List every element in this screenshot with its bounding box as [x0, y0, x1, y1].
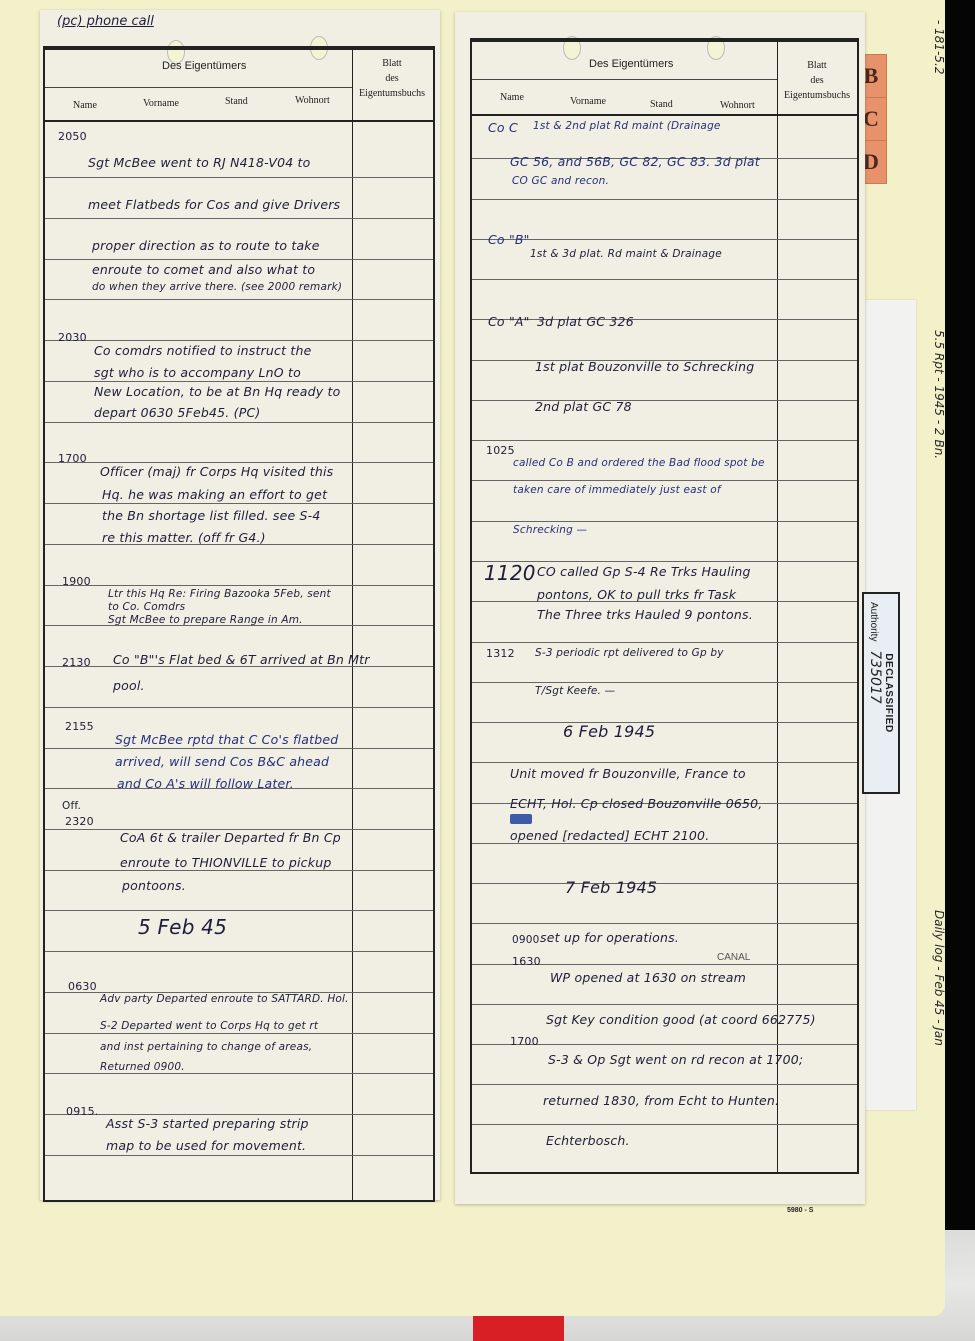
entry-line: Sgt McBee went to RJ N418-V04 to: [88, 155, 311, 170]
entry-time: 1700: [58, 452, 87, 465]
entry-time: 2155: [65, 720, 94, 733]
entry-line: WP opened at 1630 on stream: [550, 970, 746, 985]
entry-line: pontons, OK to pull trks fr Task: [537, 587, 736, 602]
declassified-stamp: DECLASSIFIED Authority 735017: [862, 592, 900, 794]
entry-line: Hq. he was making an effort to get: [102, 487, 327, 502]
col-stand: Stand: [225, 96, 248, 107]
entry-line: CO GC and recon.: [512, 175, 609, 187]
red-folder-tab: [473, 1313, 564, 1341]
entry-time: 0915.: [66, 1105, 99, 1118]
blatt-line: Blatt: [355, 56, 429, 71]
entry-line-text: ECHT, Hol. Cp closed Bouzonville 0650,: [510, 796, 762, 811]
header-divider: [472, 79, 777, 80]
entry-line: 1st & 3d plat. Rd maint & Drainage: [530, 248, 722, 260]
entry-time: 1900: [62, 575, 91, 588]
blatt-line: Blatt: [780, 58, 854, 73]
entry-line: T/Sgt Keefe. —: [535, 685, 615, 697]
column-divider: [777, 42, 778, 1172]
entry-time: 1312: [486, 647, 515, 660]
authority-label: Authority: [869, 602, 880, 641]
entry-line: enroute to comet and also what to: [92, 262, 315, 277]
blatt-line: des: [355, 71, 429, 86]
entry-line: called Co B and ordered the Bad flood sp…: [513, 457, 765, 469]
entry-line: taken care of immediately just east of: [513, 484, 721, 496]
redaction-mark: [510, 814, 532, 824]
stamp-title: DECLASSIFIED: [884, 598, 895, 788]
form-title: Des Eigentümers: [162, 60, 246, 72]
phone-call-note: (pc) phone call: [57, 14, 154, 29]
entry-line: do when they arrive there. (see 2000 rem…: [92, 281, 342, 293]
entry-line: pool.: [113, 678, 145, 693]
entry-line: S-2 Departed went to Corps Hq to get rt: [100, 1020, 318, 1032]
entry-line: Ltr this Hq Re: Firing Bazooka 5Feb, sen…: [108, 588, 331, 600]
authority-number: 735017: [868, 650, 884, 703]
col-wohnort: Wohnort: [720, 100, 755, 111]
entry-line: Echterbosch.: [546, 1133, 630, 1148]
col-wohnort: Wohnort: [295, 95, 330, 106]
entry-line: Schrecking —: [513, 524, 587, 536]
entry-line: ECHT, Hol. Cp closed Bouzonville 0650,: [510, 796, 762, 811]
col-stand: Stand: [650, 99, 673, 110]
entry-line: 1st plat Bouzonville to Schrecking: [535, 359, 754, 374]
header-divider: [45, 87, 352, 88]
entry-line: Asst S-3 started preparing strip: [106, 1116, 309, 1131]
col-name: Name: [500, 92, 524, 103]
form-title: Des Eigentümers: [589, 58, 673, 70]
entry-time: 2030: [58, 331, 87, 344]
folder-margin-note: Daily log - Feb 45 - Jan: [930, 910, 946, 1046]
col-blatt: Blatt des Eigentumsbuchs: [355, 56, 429, 101]
entry-time: 1025: [486, 444, 515, 457]
entry-line: Co "B"'s Flat bed & 6T arrived at Bn Mtr: [113, 652, 370, 667]
header-bottom-rule: [45, 120, 433, 122]
background-black-strip: [945, 0, 975, 1235]
entry-line: sgt who is to accompany LnO to: [94, 365, 301, 380]
entry-time: 2050: [58, 130, 87, 143]
entry-line: S-3 periodic rpt delivered to Gp by: [535, 647, 724, 659]
entry-line: New Location, to be at Bn Hq ready to: [94, 384, 340, 399]
entry-line: enroute to THIONVILLE to pickup: [120, 855, 331, 870]
blatt-line: des: [780, 73, 854, 88]
entry-line: 3d plat GC 326: [537, 314, 634, 329]
entry-line: Adv party Departed enroute to SATTARD. H…: [100, 993, 349, 1005]
entry-line: GC 56, and 56B, GC 82, GC 83. 3d plat: [510, 154, 760, 169]
entry-time: 1700: [510, 1035, 539, 1048]
entry-line: Returned 0900.: [100, 1061, 185, 1073]
entry-line: Sgt Key condition good (at coord 662775): [546, 1012, 816, 1027]
redacted-line: opened [redacted] ECHT 2100.: [510, 828, 709, 843]
entry-line: proper direction as to route to take: [92, 238, 320, 253]
entry-line: opened [redacted] ECHT 2100.: [510, 828, 709, 843]
entry-line: to Co. Comdrs: [108, 601, 185, 613]
entry-line: re this matter. (off fr G4.): [102, 530, 266, 545]
folder-margin-note: - 181-5.2: [930, 20, 946, 74]
entry-line: returned 1830, from Echt to Hunten.: [543, 1093, 779, 1108]
entry-line: meet Flatbeds for Cos and give Drivers: [88, 197, 340, 212]
entry-time: 1120: [484, 561, 536, 585]
entry-line: S-3 & Op Sgt went on rd recon at 1700;: [548, 1052, 803, 1067]
entry-line: set up for operations.: [540, 930, 679, 945]
stamp-authority: Authority 735017: [868, 598, 884, 788]
entry-line: map to be used for movement.: [106, 1138, 306, 1153]
entry-line: Sgt McBee to prepare Range in Am.: [108, 614, 303, 626]
entry-line: and Co A's will follow Later.: [117, 776, 294, 791]
entry-line: Officer (maj) fr Corps Hq visited this: [100, 464, 333, 479]
ledger-form: Des Eigentümers Name Vorname Stand Wohno…: [470, 38, 859, 1174]
entry-time: 0630: [68, 980, 97, 993]
date-heading: 5 Feb 45: [138, 915, 227, 939]
entry-time: 2130: [62, 656, 91, 669]
blatt-line: Eigentumsbuchs: [780, 88, 854, 103]
header-bottom-rule: [472, 114, 857, 116]
entry-label: Co "B": [488, 232, 530, 247]
folder-margin-note: 5.5 Rpt - 1945 - 2 Bn.: [930, 330, 946, 459]
col-vorname: Vorname: [143, 98, 179, 109]
entry-time: 0900: [512, 934, 540, 946]
entry-line: Sgt McBee rptd that C Co's flatbed: [115, 732, 338, 747]
entry-line: Co comdrs notified to instruct the: [94, 343, 311, 358]
col-vorname: Vorname: [570, 96, 606, 107]
date-heading: 6 Feb 1945: [563, 722, 655, 741]
col-name: Name: [73, 100, 97, 111]
form-number: 5980 - S: [787, 1207, 813, 1214]
entry-line: arrived, will send Cos B&C ahead: [115, 754, 329, 769]
entry-line: and inst pertaining to change of areas,: [100, 1041, 312, 1053]
blatt-line: Eigentumsbuchs: [355, 86, 429, 101]
col-blatt: Blatt des Eigentumsbuchs: [780, 58, 854, 103]
insertion-note: CANAL: [717, 952, 750, 963]
entry-line: pontoons.: [122, 878, 186, 893]
entry-line: depart 0630 5Feb45. (PC): [94, 405, 260, 420]
entry-time: 1630: [512, 955, 541, 968]
entry-line: the Bn shortage list filled. see S-4: [102, 508, 321, 523]
entry-line: Unit moved fr Bouzonville, France to: [510, 766, 746, 781]
entry-line: CoA 6t & trailer Departed fr Bn Cp: [120, 830, 341, 845]
date-heading: 7 Feb 1945: [565, 878, 657, 897]
entry-line: 1st & 2nd plat Rd maint (Drainage: [533, 120, 721, 132]
entry-label: Co C: [488, 120, 518, 135]
entry-time: 2320: [65, 815, 94, 828]
entry-time-note: Off.: [62, 800, 81, 812]
entry-line: CO called Gp S-4 Re Trks Hauling: [537, 564, 751, 579]
entry-line: 2nd plat GC 78: [535, 399, 632, 414]
entry-label: Co "A": [488, 314, 530, 329]
entry-line: The Three trks Hauled 9 pontons.: [537, 607, 753, 622]
